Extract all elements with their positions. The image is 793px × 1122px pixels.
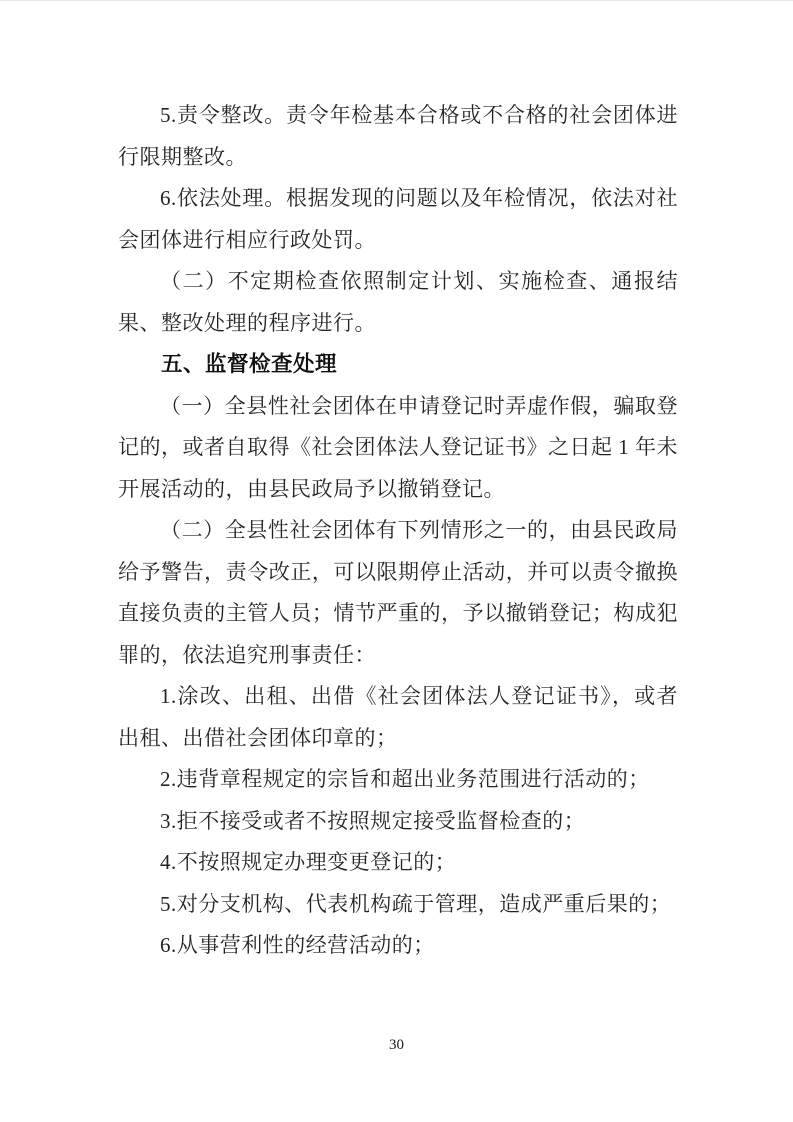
document-page: 5.责令整改。责令年检基本合格或不合格的社会团体进行限期整改。 6.依法处理。根…	[0, 0, 793, 1122]
paragraph: 5.对分支机构、代表机构疏于管理，造成严重后果的；	[118, 884, 678, 926]
paragraph: 2.违背章程规定的宗旨和超出业务范围进行活动的；	[118, 759, 678, 801]
paragraph: 5.责令整改。责令年检基本合格或不合格的社会团体进行限期整改。	[118, 95, 678, 178]
paragraph: 3.拒不接受或者不按照规定接受监督检查的；	[118, 801, 678, 843]
paragraph: （二）不定期检查依照制定计划、实施检查、通报结果、整改处理的程序进行。	[118, 261, 678, 344]
paragraph: 6.依法处理。根据发现的问题以及年检情况，依法对社会团体进行相应行政处罚。	[118, 178, 678, 261]
paragraph: 6.从事营利性的经营活动的；	[118, 925, 678, 967]
page-number: 30	[0, 1037, 793, 1054]
paragraph: 1.涂改、出租、出借《社会团体法人登记证书》，或者出租、出借社会团体印章的；	[118, 676, 678, 759]
document-body: 5.责令整改。责令年检基本合格或不合格的社会团体进行限期整改。 6.依法处理。根…	[118, 95, 678, 967]
paragraph: （一）全县性社会团体在申请登记时弄虚作假，骗取登记的，或者自取得《社会团体法人登…	[118, 386, 678, 511]
section-heading: 五、监督检查处理	[118, 344, 678, 386]
paragraph: 4.不按照规定办理变更登记的；	[118, 842, 678, 884]
paragraph: （二）全县性社会团体有下列情形之一的，由县民政局给予警告，责令改正，可以限期停止…	[118, 510, 678, 676]
